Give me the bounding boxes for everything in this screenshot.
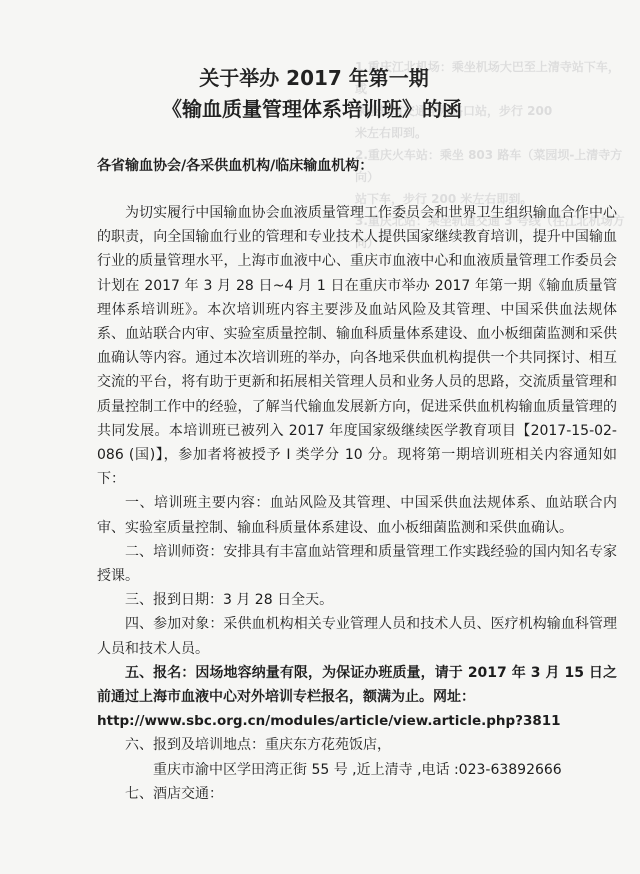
section-6-label: 六、报到及培训地点： (125, 737, 265, 753)
section-1: 一、培训班主要内容：血站风险及其管理、中国采供血法规体系、血站联合内审、实验室质… (97, 491, 617, 539)
section-7-label: 七、酒店交通： (125, 786, 223, 802)
section-3: 三、报到日期：3 月 28 日全天。 (97, 588, 617, 612)
section-7: 七、酒店交通： (97, 782, 617, 806)
registration-url-link[interactable]: http://www.sbc.org.cn/modules/article/vi… (97, 713, 561, 729)
salutation: 各省输血协会/各采供血机构/临床输血机构： (97, 155, 373, 175)
section-1-label: 一、培训班主要内容： (125, 495, 270, 511)
section-3-text: 3 月 28 日全天。 (223, 592, 333, 608)
section-3-label: 三、报到日期： (125, 592, 223, 608)
section-2-label: 二、培训师资： (125, 544, 223, 560)
document-title-line-1: 关于举办 2017 年第一期 (0, 62, 634, 91)
section-6-text: 重庆东方花苑饭店， (265, 737, 391, 753)
section-2: 二、培训师资：安排具有丰富血站管理和质量管理工作实践经验的国内知名专家授课。 (97, 540, 617, 588)
section-5: 五、报名：因场地容纳量有限，为保证办班质量，请于 2017 年 3 月 15 日… (97, 661, 617, 734)
section-4: 四、参加对象：采供血机构相关专业管理人员和技术人员、医疗机构输血科管理人员和技术… (97, 612, 617, 660)
section-6: 六、报到及培训地点：重庆东方花苑饭店， (97, 733, 617, 757)
document-page: 1.重庆江北机场：乘坐机场大巴至上清寺站下车，或 乘坐轨道交通至两路口站，步行 … (0, 0, 640, 874)
intro-paragraph: 为切实履行中国输血协会血液质量管理工作委员会和世界卫生组织输血合作中心的职责，向… (97, 201, 617, 491)
document-title-line-2: 《输血质量管理体系培训班》的函 (0, 93, 632, 122)
document-body: 为切实履行中国输血协会血液质量管理工作委员会和世界卫生组织输血合作中心的职责，向… (97, 201, 617, 806)
section-4-label: 四、参加对象： (125, 616, 223, 632)
venue-address: 重庆市渝中区学田湾正街 55 号 ,近上清寺 ,电话 :023-63892666 (97, 758, 617, 782)
section-5-label: 五、报名： (125, 665, 195, 681)
